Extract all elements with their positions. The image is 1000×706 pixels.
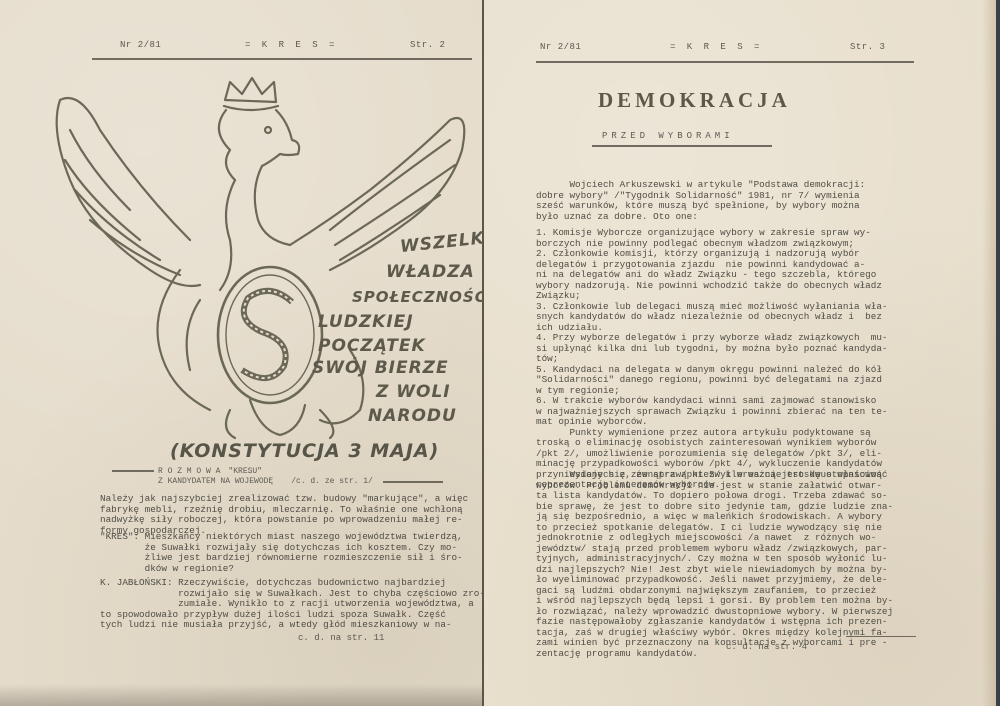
left-paragraph-jablonski-answer: K. JABŁOŃSKI: Rzeczywiście, dotychczas b… — [100, 578, 485, 631]
right-continued-on: c. d. na str. 4 — [726, 642, 807, 652]
interview-rule-left — [112, 470, 154, 472]
article-subtitle: PRZED WYBORAMI — [602, 131, 734, 141]
interview-heading-word: R O Z M O W A — [158, 467, 220, 476]
article-title: DEMOKRACJA — [598, 88, 791, 113]
motto-line-3: SPOŁECZNOŚCI — [352, 290, 493, 305]
interview-heading: R O Z M O W A"KRESU" Z KANDYDATEM NA WOJ… — [158, 467, 373, 487]
left-header-rule — [92, 58, 472, 60]
right-paragraph-conditions: 1. Komisje Wyborcze organizujące wybory … — [536, 228, 916, 491]
left-page-number: Str. 2 — [410, 40, 445, 50]
left-continued-on: c. d. na str. 11 — [298, 633, 384, 643]
right-paragraph-two-stage: Wydaje się, że sprawą niezwykle ważną je… — [536, 470, 916, 659]
motto-line-2: WŁADZA — [386, 264, 475, 281]
motto-line-4: LUDZKIEJ — [318, 314, 414, 331]
illustration-caption: (KONSTYTUCJA 3 MAJA) — [170, 440, 439, 462]
right-end-rule — [846, 636, 916, 637]
motto-line-8: NARODU — [368, 408, 457, 425]
interview-heading-quote: "KRESU" — [228, 467, 262, 476]
motto-line-7: Z WOLI — [376, 384, 451, 401]
right-paragraph-intro: Wojciech Arkuszewski w artykule "Podstaw… — [536, 180, 916, 222]
right-issue-number: Nr 2/81 — [540, 42, 581, 52]
right-header-rule — [536, 61, 914, 63]
left-paragraph-kres-question: "KRES": Mieszkańcy niektórych miast nasz… — [100, 532, 485, 574]
interview-rule-right — [383, 481, 443, 483]
right-page-number: Str. 3 — [850, 42, 885, 52]
subtitle-rule — [592, 145, 772, 147]
right-masthead: = K R E S = — [670, 42, 762, 52]
motto-line-5: POCZĄTEK — [318, 338, 426, 355]
interview-heading-subject: Z KANDYDATEM NA WOJEWODĘ — [158, 477, 273, 486]
newsletter-spread: Nr 2/81 = K R E S = Str. 2 — [0, 0, 1000, 706]
motto-line-6: SWÓJ BIERZE — [312, 360, 449, 377]
continued-from-note: /c. d. ze str. 1/ — [291, 477, 373, 486]
left-page: Nr 2/81 = K R E S = Str. 2 — [0, 0, 484, 706]
left-issue-number: Nr 2/81 — [120, 40, 161, 50]
left-masthead: = K R E S = — [245, 40, 337, 50]
